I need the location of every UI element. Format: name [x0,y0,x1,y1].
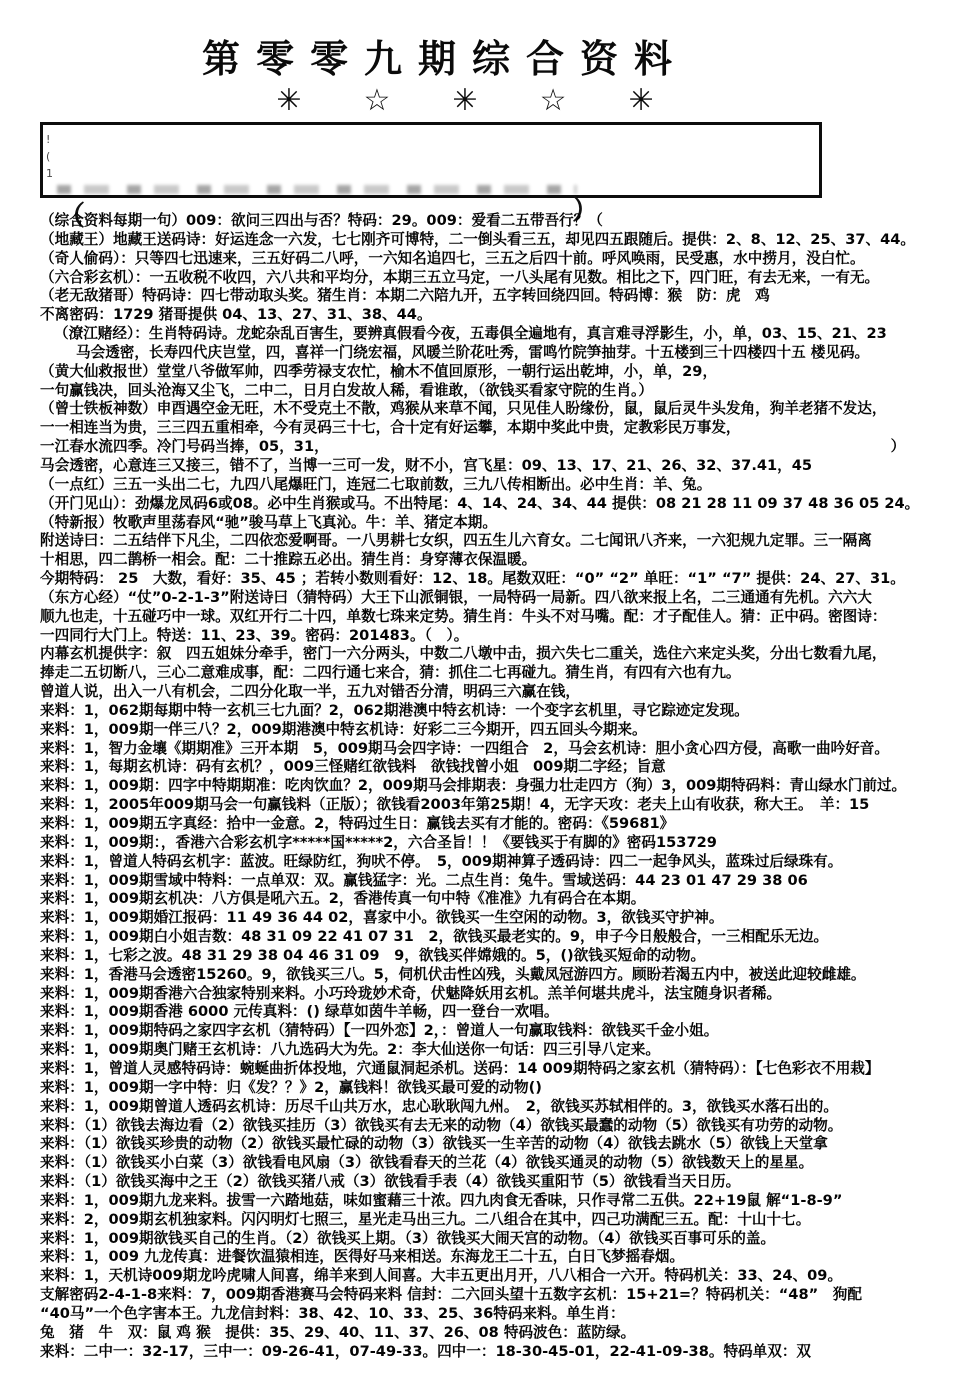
text-line: 来料：（1）欲钱买海中之王（2）欲钱买猪八戒（3）欲钱看手表（4）欲钱买重阳节（… [40,1173,960,1192]
text-line: （特新报）牧歌声里荡春风“驰”骏马草上飞真沁。牛：羊、猪定本期。 [40,514,960,533]
text-line: 马会透密，长寿四代庆岂堂，四，喜祥一门绕宏福，风暖兰阶花吐秀，雷鸣竹院笋抽芽。十… [40,344,960,363]
text-line: （奇人偷码）：只等四七迅速来，三五好码二八呼，一六知名追四七，三五之后四十前。呼… [40,250,960,269]
text-line: 支解密码2-4-1-8来料：7，009期香港赛马会特码来料 信封：二六回头望十五… [40,1286,960,1305]
text-line: 来料：2，009期玄机独家料。闪闪明灯七照三，星光走马出三九。二八组合在其中，四… [40,1211,960,1230]
text-line: 来料：1，009期特码之家四字玄机（猜特码）【一四外恋】2，：曾道人一句赢取钱料… [40,1022,960,1041]
text-line: 今期特码： 25 大数，看好：35、45 ；若转小数则看好：12、18。尾数双旺… [40,570,960,589]
text-line: 来料：（1）欲钱买小白菜（3）欲钱看电风扇（3）欲钱看春天的兰花（4）欲钱买通灵… [40,1154,960,1173]
text-line: 一四同行大门上。特送：11、23、39。密码：201483。（ ）。 [40,627,960,646]
text-line: 来料：（1）欲钱买珍贵的动物（2）欲钱买最忙碌的动物（3）欲钱买一生辛苦的动物（… [40,1135,960,1154]
decor-star-icon: ✳︎ [276,84,301,118]
text-line: （黄大仙救报世）堂堂八爷做军帅，四季劳禄支农忙，榆木不值回原形，一朝行运出乾坤，… [40,363,960,382]
text-line: 来料：二中一：32-17，三中一：09-26-41，07-49-33。四中一：1… [40,1343,960,1362]
text-line: 一江春水流四季。冷门号码当捧，05，31， ） [40,438,960,457]
text-line: （潦江赌经）：生肖特码诗。龙蛇杂乱百害生，要辨真假看今夜，五毒俱全遍地有，真言难… [40,325,960,344]
text-line: 十相思，四二鹊桥一相会。配：二十推踪五必出。猜生肖：身穿薄衣保温暖。 [40,551,960,570]
smudge-artifact [57,185,577,194]
text-line: 来料：1，香港马会透密15260。9，欲钱买三八。5，伺机伏击性凶残，头戴凤冠游… [40,966,960,985]
text-line: 一一相连当为贵，三三四五重相牵，今有灵码三十七，合十定有好运攀，本期中奖此中贵，… [40,419,960,438]
decor-symbols-row: ✳︎☆✳︎☆✳︎ [0,84,930,118]
text-line: 兔 猪 牛 双：鼠 鸡 猴 提供：35、29、40、11、37、26、08 特码… [40,1324,960,1343]
text-line: 马会透密，心意连三又接三，错不了，当博一三可一发，财不小，宫飞星：09、13、1… [40,457,960,476]
text-line: （东方心经）“仗”0-2-1-3”附送诗曰（猜特码）大王下山派铜银，一局特码一局… [40,589,960,608]
body-lines: （综合资料每期一句）009：欲问三四出与否？特码：29。009：爱看二五带吾行？… [40,212,960,1361]
text-line: 来料：1，009期一字中特：归《发？？》2，赢钱料！欲钱买最可爱的动物() [40,1079,960,1098]
text-line: 一句赢钱决，回头沧海又尘飞，二中二，日月白发故人稀，看谁敢，（欲钱买看家守院的生… [40,382,960,401]
box-edge-artifact: ! ( 1 [46,131,53,182]
text-line: 不离密码：1729 猪哥提供 04、13、27、31、38、44。 [40,306,960,325]
text-line: 来料：1，曾道人灵感特码诗：蜿蜒曲折体投地，穴通鼠洞起杀机。送码：14 009期… [40,1060,960,1079]
decor-star-icon: ✳︎ [628,84,653,118]
text-line: 来料：1，009期曾道人透码玄机诗：历尽千山共万水，忠心耿耿闯九州。 2，欲钱买… [40,1098,960,1117]
text-line: （开门见山）：劲爆龙凤码6或08。必中生肖猴或马。不出特尾：4、14、24、34… [40,495,960,514]
text-line: 来料：1，009期玄机决：八方俱是吼六五。2，香港传真一句中特《准准》九有码合在… [40,890,960,909]
text-line: （综合资料每期一句）009：欲问三四出与否？特码：29。009：爱看二五带吾行？… [40,212,960,231]
notice-box: ! ( 1 [40,122,822,198]
text-line: 捧走二五切断八，三心二意难成事，配：二四行通七来合，猜：抓住二七再碰九。猜生肖，… [40,664,960,683]
text-line: 顺九也走，十五碰巧中一球。双红开行二十四，单数七珠来定势。猜生肖：牛头不对马嘴。… [40,608,960,627]
text-line: 来料：1，009期奥门赌王玄机诗：八九选码大为先。2：李大仙送你一句话：四三引导… [40,1041,960,1060]
text-line: 内幕玄机提供字：叙 四五姐妹分牵手，密门一六分两头，中数二八墩中击，损六失七二重… [40,645,960,664]
text-line: 来料：1，009期五字真经：拾中一金意。2，特码过生日：赢钱去买有才能的。密码：… [40,815,960,834]
text-line: 来料：1，009期雪域中特料：一点单双：双。赢钱猛字：光。二点生肖：兔牛。雪域送… [40,872,960,891]
text-line: 来料：1，七彩之波。48 31 29 38 04 46 31 09 9，欲钱买伴… [40,947,960,966]
text-line: （老无敌猪哥）特码诗：四七带动取头奖。猪生肖：本期二六陪九开，五字转回绕四回。特… [40,287,960,306]
page-title: 第零零九期综合资料 [0,28,890,83]
text-line: 来料：1，每期玄机诗：码有玄机？，009三怪赌红欲钱料 欲钱找曾小姐 009期二… [40,758,960,777]
text-line: 来料：1，曾道人特码玄机字：蓝波。旺绿防红，狗吠不停。 5，009期神算子透码诗… [40,853,960,872]
text-line: 来料：1，009期婚江报码：11 49 36 44 02，喜家中小。欲钱买一生空… [40,909,960,928]
text-line: 来料：1，009期九龙来料。拔雪一六踏地菇，味如蜜藉三十浓。四九肉食无香味，只作… [40,1192,960,1211]
text-line: 来料：1，009期：，香港六合彩玄机字*****国*****2，六合圣旨！！《要… [40,834,960,853]
text-line: 来料：1，009期香港 6000 元传真料：() 绿草如茵牛羊畅，四一登台一欢唱… [40,1003,960,1022]
text-line: （地藏王）地藏王送码诗：好运连念一六发，七七刚齐可博特，二一倒头看三五，却见四五… [40,231,960,250]
text-line: 来料：1，天机诗009期龙吟虎啸人间喜，绵羊来到人间喜。大丰五更出月开，八八相合… [40,1267,960,1286]
text-line: 来料：1，009 九龙传真：进餐饮温猿相连，医得好马来相送。东海龙王二十五，白日… [40,1248,960,1267]
text-line: 来料：（1）欲钱去海边看（2）欲钱买挂历（3）欲钱买有去无来的动物（4）欲钱买最… [40,1117,960,1136]
document-page: 第零零九期综合资料 ✳︎☆✳︎☆✳︎ ! ( 1 （ ） （综合资料每期一句）0… [0,0,960,1391]
text-line: “40马”一个色字害本王。九龙信封料：38、42、10、33、25、36特码来料… [40,1305,960,1324]
text-line: 附送诗曰：二五结伴下凡尘，二四依恋爱啊哥。一八男耕七女织，四五生儿六育女。二七闻… [40,532,960,551]
text-line: 来料：1，009期香港六合独家特别来料。小巧玲珑妙术奇，伏魅降妖用玄机。羔羊何堪… [40,985,960,1004]
text-line: （曾士铁板神数）申酉遇空金无旺，木不受克土不散，鸡猴从来草不闻，只见佳人盼缘份，… [40,400,960,419]
text-line: 来料：1，009期欲钱买自己的生肖。（2）欲钱买上期。（3）欲钱买大闹天宫的动物… [40,1230,960,1249]
text-line: 来料：1，009期一伴三八？2，009期港澳中特玄机诗：好彩二三今期开，四五回头… [40,721,960,740]
text-line: 来料：1，2005年009期马会一句赢钱料（正版）；欲钱看2003年第25期！4… [40,796,960,815]
decor-star-icon: ☆ [364,84,391,118]
text-line: 来料：1，062期每期中特一玄机三七九面？2，062期港澳中特玄机诗：一个变字玄… [40,702,960,721]
text-line: （六合彩玄机）：一五收税不收四，六八共和平均分，本期三五立马定，一八头尾有见数。… [40,269,960,288]
text-line: 曾道人说，出入一八有机会，二四分化取一半，五九对错否分清，明码三六赢在钱， [40,683,960,702]
text-line: 来料：1，智力金壤《期期准》三开本期 5，009期马会四字诗：一四组合 2，马会… [40,740,960,759]
text-line: 来料：1，009期白小姐吉数：48 31 09 22 41 07 31 2，欲钱… [40,928,960,947]
text-line: （一点红）三五一头出二七，九四八尾爆旺门，连冠二七取前数，三九八传相断出。必中生… [40,476,960,495]
text-line: 来料：1，009期：四字中特期期准：吃肉饮血？2，009期马会排期表：身强力壮走… [40,777,960,796]
decor-star-icon: ✳︎ [452,84,477,118]
decor-star-icon: ☆ [540,84,567,118]
